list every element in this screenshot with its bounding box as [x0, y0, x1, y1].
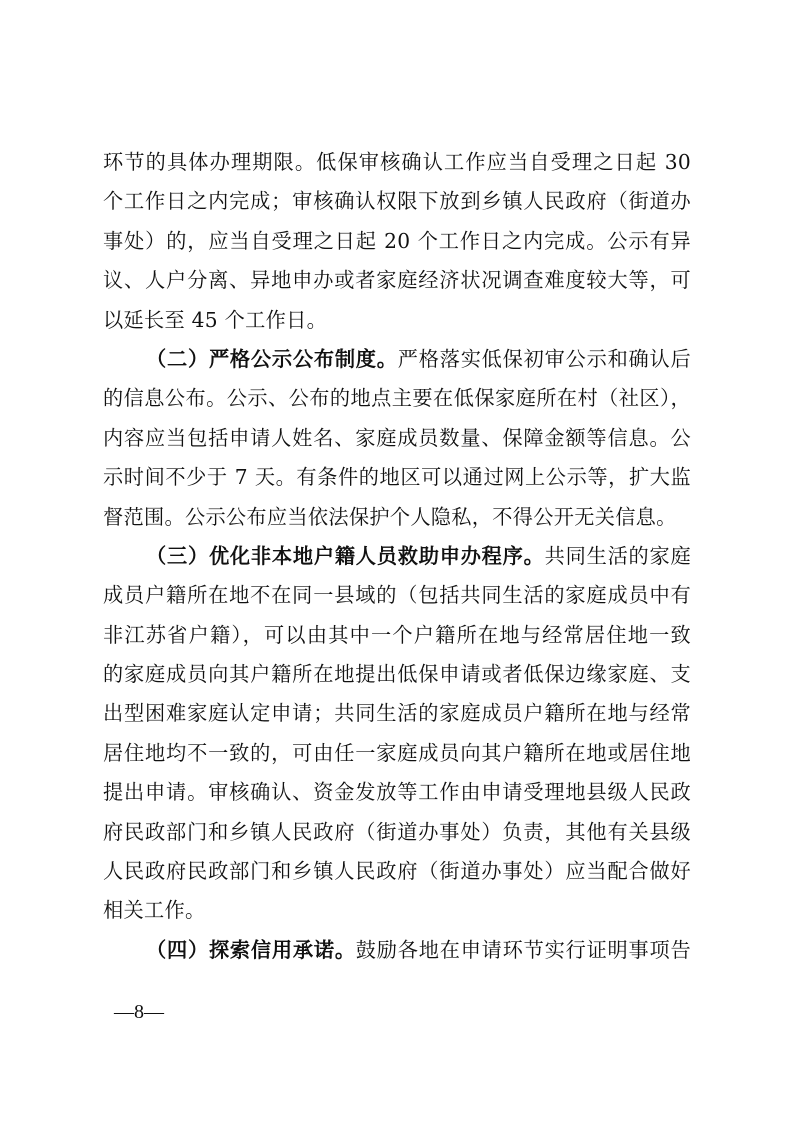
- text-line: 督范围。公示公布应当依法保护个人隐私，不得公开无关信息。: [103, 502, 691, 541]
- section-heading-line: （三）优化非本地户籍人员救助申办程序。共同生活的家庭: [103, 541, 691, 580]
- text-line: 人民政府民政部门和乡镇人民政府（街道办事处）应当配合做好: [103, 856, 691, 895]
- text-line: 相关工作。: [103, 895, 691, 934]
- text-line: 以延长至 45 个工作日。: [103, 305, 691, 344]
- text-line: 成员户籍所在地不在同一县域的（包括共同生活的家庭成员中有: [103, 580, 691, 619]
- text-span: 严格落实低保初审公示和确认后: [398, 347, 691, 371]
- page-number: —8—: [114, 1001, 164, 1024]
- text-line: 个工作日之内完成；审核确认权限下放到乡镇人民政府（街道办: [103, 186, 691, 225]
- body-text: 环节的具体办理期限。低保审核确认工作应当自受理之日起 30 个工作日之内完成；审…: [103, 147, 691, 974]
- text-line: 非江苏省户籍），可以由其中一个户籍所在地与经常居住地一致: [103, 620, 691, 659]
- text-line: 议、人户分离、异地申办或者家庭经济状况调查难度较大等，可: [103, 265, 691, 304]
- text-line: 提出申请。审核确认、资金发放等工作由申请受理地县级人民政: [103, 777, 691, 816]
- section-heading: （四）探索信用承诺。: [146, 938, 356, 962]
- text-line: 出型困难家庭认定申请；共同生活的家庭成员户籍所在地与经常: [103, 698, 691, 737]
- section-heading-line: （二）严格公示公布制度。严格落实低保初审公示和确认后: [103, 344, 691, 383]
- text-line: 内容应当包括申请人姓名、家庭成员数量、保障金额等信息。公: [103, 423, 691, 462]
- section-heading: （二）严格公示公布制度。: [146, 347, 398, 371]
- text-line: 居住地均不一致的，可由任一家庭成员向其户籍所在地或居住地: [103, 738, 691, 777]
- text-span: 鼓励各地在申请环节实行证明事项告: [356, 938, 691, 962]
- text-line: 府民政部门和乡镇人民政府（街道办事处）负责，其他有关县级: [103, 817, 691, 856]
- text-span: 共同生活的家庭: [545, 544, 691, 568]
- text-line: 示时间不少于 7 天。有条件的地区可以通过网上公示等，扩大监: [103, 462, 691, 501]
- document-page: 环节的具体办理期限。低保审核确认工作应当自受理之日起 30 个工作日之内完成；审…: [0, 0, 793, 1122]
- section-heading: （三）优化非本地户籍人员救助申办程序。: [146, 544, 545, 568]
- section-heading-line: （四）探索信用承诺。鼓励各地在申请环节实行证明事项告: [103, 935, 691, 974]
- text-line: 的家庭成员向其户籍所在地提出低保申请或者低保边缘家庭、支: [103, 659, 691, 698]
- text-line: 的信息公布。公示、公布的地点主要在低保家庭所在村（社区），: [103, 383, 691, 422]
- text-line: 事处）的，应当自受理之日起 20 个工作日之内完成。公示有异: [103, 226, 691, 265]
- text-line: 环节的具体办理期限。低保审核确认工作应当自受理之日起 30: [103, 147, 691, 186]
